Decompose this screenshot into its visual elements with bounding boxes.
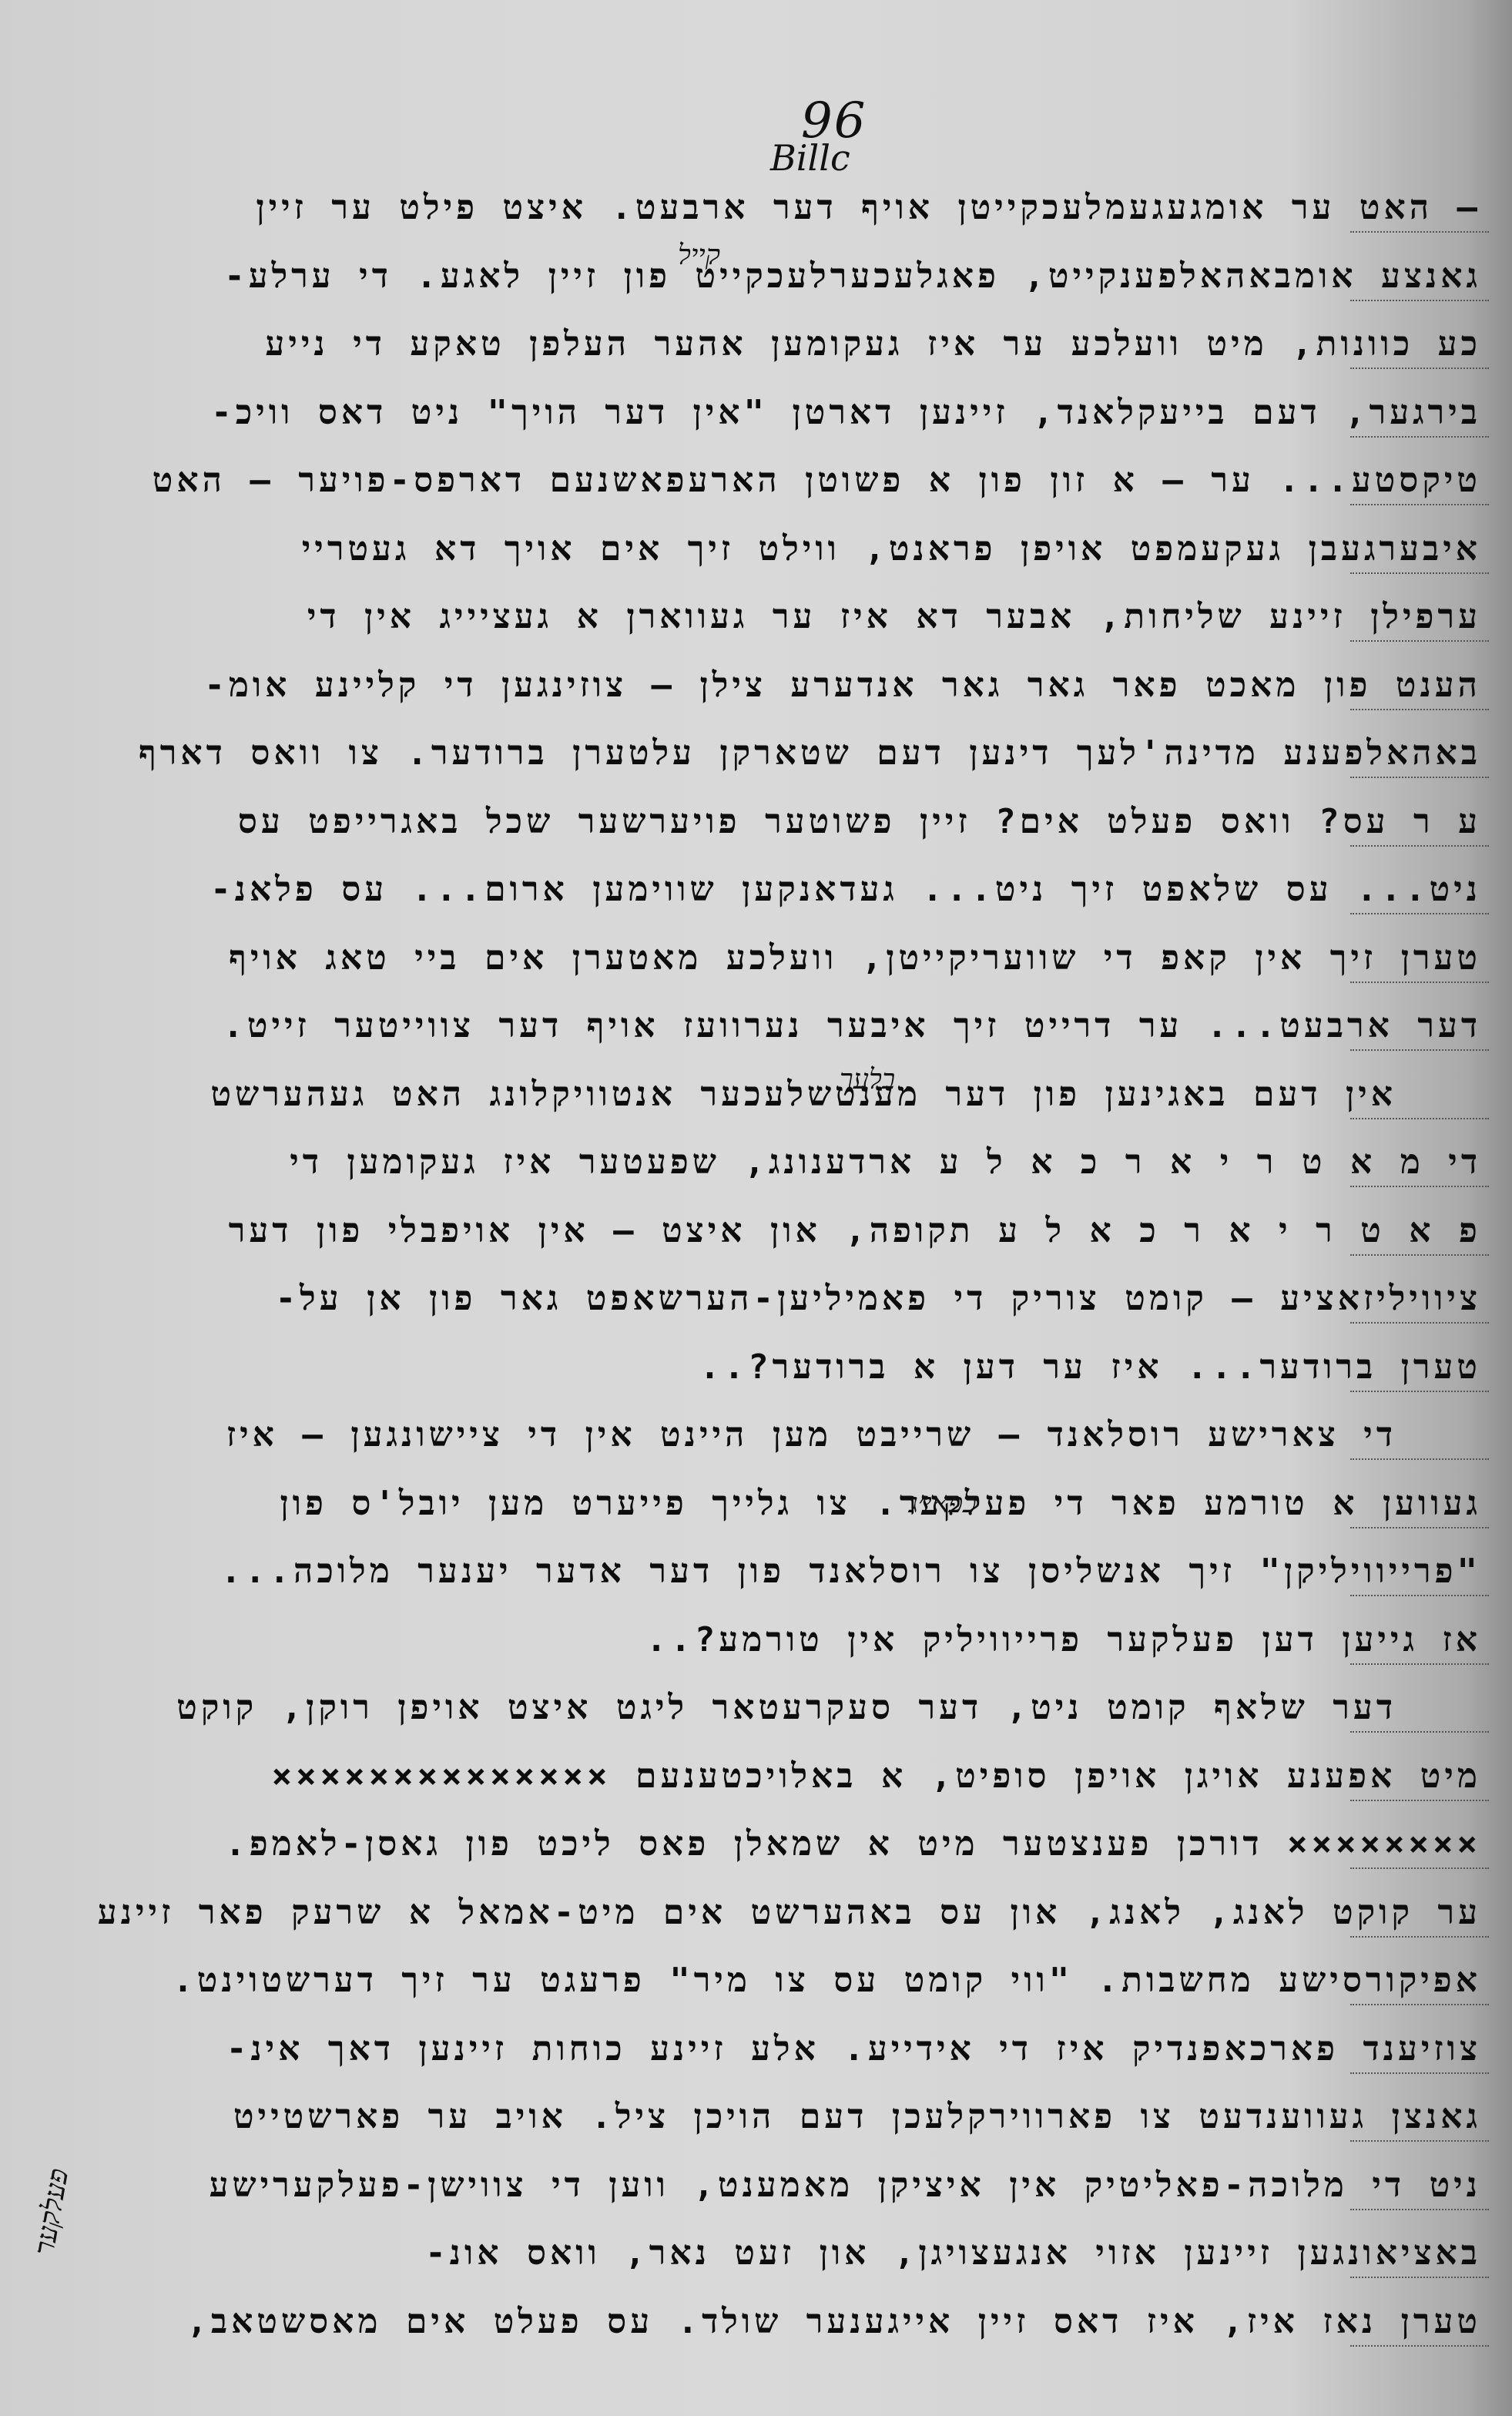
text-line: דער שלאף קומט ניט, דער סעקרעטאר ליגט איצ… — [176, 1685, 1396, 1731]
text-line: אז גייען דען פעלקער פרייוויליק אין טורמע… — [646, 1617, 1481, 1663]
text-line: גאנצן געווענדעט צו פארווירקלעכן דעם הויכ… — [233, 2094, 1481, 2140]
baseline-rule — [1350, 2002, 1489, 2005]
baseline-rule — [1350, 1798, 1489, 1801]
handwritten-margin-note: פעלקער — [28, 2166, 75, 2258]
text-line: פ א ט ר י א ר כ א ל ע תקופה, און איצט — … — [229, 1208, 1481, 1254]
text-line: די מ א ט ר י א ר כ א ל ע ארדענונג, שפעטע… — [290, 1139, 1481, 1186]
baseline-rule — [1350, 1320, 1489, 1324]
text-line: דער ארבעט... ער דרייט זיך איבער נערוועז … — [223, 1003, 1481, 1049]
baseline-rule — [1350, 2275, 1489, 2278]
baseline-rule — [1350, 2139, 1489, 2142]
baseline-rule — [1350, 707, 1489, 710]
baseline-rule — [1350, 1593, 1489, 1596]
text-line: די צארישע רוסלאנד — שרייבט מען היינט אין… — [226, 1412, 1396, 1458]
text-line: הענט פון מאכט פאר גאר גאר אנדערע צילן — … — [204, 663, 1481, 709]
baseline-rule — [1350, 1934, 1489, 1938]
baseline-rule — [1350, 435, 1489, 438]
text-line: ע ר עס? וואס פעלט אים? זיין פשוטער פויער… — [238, 799, 1481, 845]
text-line: בירגער, דעם בייעקלאנד, זיינען דארטן "אין… — [211, 390, 1481, 436]
baseline-rule — [1350, 980, 1489, 983]
baseline-rule — [1350, 298, 1489, 301]
text-line: טערן נאז איז, איז דאס זיין אייגענער שולד… — [186, 2299, 1481, 2345]
baseline-rule — [1350, 911, 1489, 914]
baseline-rule — [1350, 571, 1489, 574]
handwritten-correction: בלער — [840, 1063, 895, 1096]
baseline-rule — [1350, 1730, 1489, 1733]
text-line: ניט די מלוכה-פאליטיק אין איציקן מאמענט, … — [210, 2163, 1481, 2209]
text-line: אפיקורסישע מחשבות. "ווי קומט עס צו מיר" … — [173, 1958, 1481, 2004]
text-line: צוזיענד פארכאפנדיק איז די אידייע. אלע זי… — [226, 2026, 1481, 2072]
text-line: טיקסטע... ער — א זון פון א פשוטן הארעפאש… — [153, 458, 1481, 504]
baseline-rule — [1350, 230, 1489, 233]
text-line: — האט ער אומגעגעמלעכקייטן אויף דער ארבעט… — [256, 185, 1481, 231]
text-line: גאנצע אומבאהאלפענקייט, פאגלעכערלעכקייט פ… — [224, 253, 1481, 300]
text-line: איבערגעבן געקעמפט אויפן פראנט, ווילט זיך… — [302, 526, 1481, 572]
baseline-rule — [1350, 1116, 1489, 1119]
text-line: ×××××××× דורכן פענצטער מיט א שמאלן פאס ל… — [225, 1821, 1481, 1867]
baseline-rule — [1350, 1184, 1489, 1187]
handwritten-correction: קייל — [678, 239, 720, 271]
editor-note: Billc — [770, 137, 850, 179]
text-line: ערפילן זיינע שליחות, אבער דא איז ער געוו… — [307, 594, 1481, 640]
baseline-rule — [1350, 2344, 1489, 2347]
baseline-rule — [1350, 639, 1489, 642]
text-line: באהאלפענע מדינה'לעך דינען דעם שטארקן עלט… — [139, 730, 1481, 777]
baseline-rule — [1350, 502, 1489, 505]
text-line: טערן ברודער... איז ער דען א ברודער?.. — [699, 1344, 1481, 1391]
text-line: געווען א טורמע פאר די פעלקער. צו גלייך פ… — [280, 1481, 1482, 1527]
baseline-rule — [1350, 844, 1489, 847]
text-line: ער קוקט לאנג, לאנג, און עס באהערשט אים מ… — [98, 1890, 1481, 1936]
text-line: ניט... עס שלאפט זיך ניט... געדאנקען שווי… — [210, 867, 1481, 913]
text-line: ציוויליזאציע — קומט צוריק די פאמיליען-הע… — [276, 1276, 1481, 1322]
baseline-rule — [1350, 2071, 1489, 2074]
baseline-rule — [1350, 1389, 1489, 1392]
text-line: "פרייוויליקן" זיך אנשליסן צו רוסלאנד פון… — [221, 1549, 1481, 1595]
text-line: אין דעם באגינען פון דער מענטשלעכער אנטוו… — [210, 1072, 1396, 1118]
text-line: כע כוונות, מיט וועלכע ער איז געקומען אהע… — [265, 321, 1481, 367]
baseline-rule — [1350, 1457, 1489, 1460]
baseline-rule — [1350, 1525, 1489, 1528]
baseline-rule — [1350, 1048, 1489, 1051]
baseline-rule — [1350, 366, 1489, 369]
handwritten-correction: כפאי׳ג — [909, 1487, 977, 1519]
baseline-rule — [1350, 775, 1489, 778]
baseline-rule — [1350, 1253, 1489, 1256]
baseline-rule — [1350, 1662, 1489, 1665]
scanned-page: 96 Billc — האט ער אומגעגעמלעכקייטן אויף … — [0, 0, 1512, 2416]
baseline-rule — [1350, 2207, 1489, 2210]
text-line: באציאונגען זיינען אזוי אנגעצויגן, און זע… — [425, 2230, 1481, 2277]
baseline-rule — [1350, 1866, 1489, 1869]
text-line: מיט אפענע אויגן אויפן סופיט, א באלויכטענ… — [272, 1753, 1481, 1800]
text-line: טערן זיך אין קאפ די שוועריקייטן, וועלכע … — [229, 935, 1481, 981]
